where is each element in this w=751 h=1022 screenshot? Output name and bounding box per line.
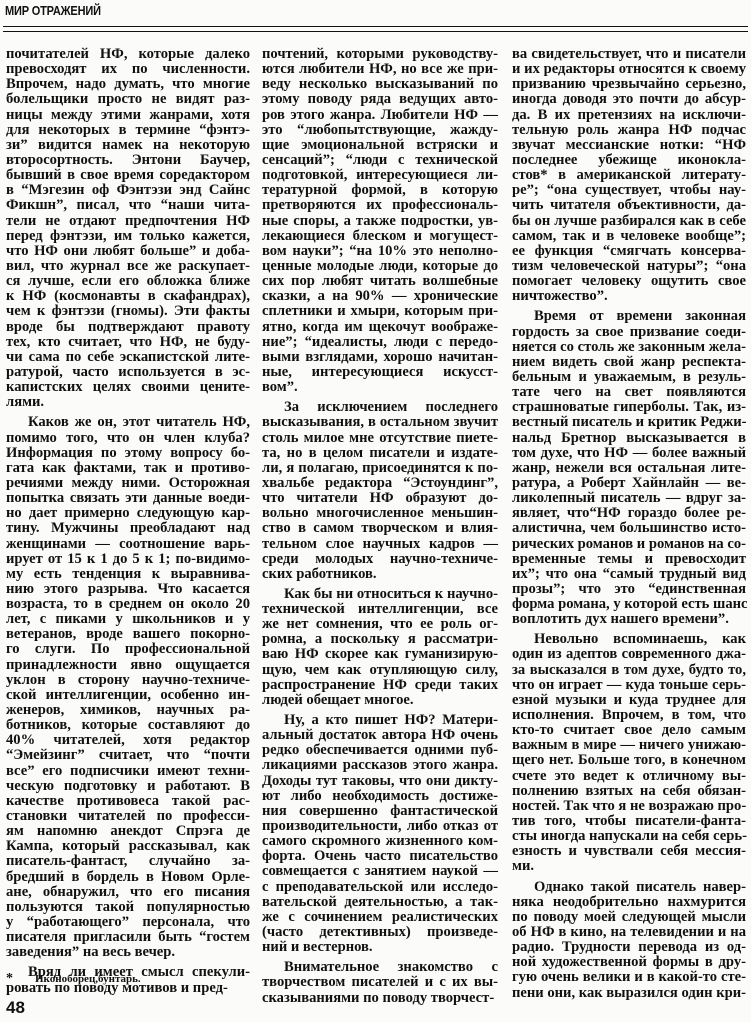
text-line: ют либо необходимость достиже- [262,789,498,804]
text-line: писателя пригласили быть “гостем [6,930,250,945]
text-line: полнению взятых на себя обязан- [512,784,746,799]
text-line: самого скромного жизненного ком- [262,834,498,849]
text-line: Информация по этому вопросу бо- [6,446,250,461]
text-line: ния совершенно фантастической [262,804,498,819]
text-line: гую очень велики и в какой-то сте- [512,970,746,985]
text-line: же с сочинением реалистических [262,910,498,925]
text-line: их”; что она “самый трудный вид [512,567,746,582]
text-line: лет, с пиками у школьников и у [6,612,250,627]
text-line: второсортность. Энтони Баучер, [6,153,250,168]
text-line: сты иногда напускали на себя серь- [512,829,746,844]
text-line: ветеранов, вроде вашего покорно- [6,627,250,642]
text-line: тели не отдают предпочтения НФ [6,214,250,229]
text-line: ских работников. [262,567,498,582]
text-line: нием видеть свой жанр респекта- [512,355,746,370]
text-line: тельную роль жанра НФ подчас [512,123,746,138]
text-line: у “работающего” персонала, что [6,915,250,930]
text-line: ные споры, а также подростки, ув- [262,214,498,229]
text-line: по поводу моей следующей мысли [512,910,746,925]
paragraph: За исключением последнеговысказывания, в… [262,400,498,582]
text-line: звучат мессианские нотки: “НФ [512,138,746,153]
footnote-asterisk: * [6,971,13,987]
text-line: Впрочем, надо думать, что многие [6,77,250,92]
text-line: сих пор любят читать волшебные [262,274,498,289]
text-line: ние”; “идеалисты, люди с передо- [262,335,498,350]
text-line: ство в самом творческом и влия- [262,521,498,536]
text-line: капистских целях своими цените- [6,380,250,395]
text-line: помимо того, что он член клуба? [6,431,250,446]
text-line: это “любопытствующие, жажду- [262,123,498,138]
text-line: ностей. Так что я не возражаю про- [512,799,746,814]
paragraph: Каков же он, этот читатель НФ,помимо тог… [6,415,250,960]
text-line: гордость за свое призвание соеди- [512,325,746,340]
text-line: форта. Очень часто писательство [262,849,498,864]
text-line: тате чего на свет появляются [512,385,746,400]
text-line: ваю НФ скорее как гуманизирую- [262,647,498,662]
text-line: столь милое мне отсутствие пиете- [262,431,498,446]
text-line: лями. [6,395,250,410]
text-line: бельным и уважаемым, в резуль- [512,370,746,385]
text-line: хвальбе редактора “Эстоундинг”, [262,476,498,491]
text-line: и их редакторы относятся к своему [512,62,746,77]
text-line: совмещается с занятием наукой — [262,864,498,879]
text-line: являет, что“НФ гораздо более ре- [512,506,746,521]
text-line: технической интеллигенции, все [262,602,498,617]
text-line: ценные молодые люди, которые до [262,259,498,274]
text-line: ирует от 15 к 1 до 5 к 1; по-видимо- [6,552,250,567]
paragraph: Время от времени законнаягордость за сво… [512,309,746,627]
text-line: ные, интересующиеся искусст- [262,365,498,380]
text-line: ской интеллигенции, особенно ин- [6,688,250,703]
text-line: в “Мэгезин оф Фэнтэзи энд Сайнс [6,183,250,198]
text-line: альный достаток автора НФ очень [262,728,498,743]
paragraph: почтений, которыми руководству-ются люби… [262,47,498,395]
text-line: важным в мире — ничего унижаю- [512,738,746,753]
text-line: ной художественной формы в дру- [512,955,746,970]
text-line: вольно многочисленное меньшин- [262,506,498,521]
text-line: редко обеспечивается одними пуб- [262,743,498,758]
footnote: * Иконоборец,бунтарь. [6,971,141,987]
text-line: последнее убежище иконокла- [512,153,746,168]
text-line: ся лучше, если его обложка ближе [6,274,250,289]
text-line: заведения” на весь вечер. [6,945,250,960]
text-line: веду несколько высказываний по [262,77,498,92]
text-line: Каков же он, этот читатель НФ, [6,415,250,430]
text-line: вательской деятельностью, а так- [262,895,498,910]
text-line: нию этого разрыва. Что касается [6,582,250,597]
text-line: распространение НФ среди таких [262,678,498,693]
text-line: вил, что журнал все же раскупает- [6,259,250,274]
text-line: Невольно вспоминаешь, как [512,632,746,647]
text-line: чи сама по себе эскапистской лите- [6,350,250,365]
text-line: кто-то считает свое дело самым [512,723,746,738]
section-title: МИР ОТРАЖЕНИЙ [5,4,101,18]
text-line: за высказался в том духе, будто то, [512,663,746,678]
text-line: прозы”; что это “единственная [512,582,746,597]
text-line: для некоторых в термине “фэнтэ- [6,123,250,138]
page-number: 48 [6,998,25,1018]
text-line: стов* в американской литерату- [512,168,746,183]
paragraph: Невольно вспоминаешь, какодин из адептов… [512,632,746,874]
text-line: 40% читателей, хотя редактор [6,733,250,748]
text-line: ницы между этими жанрами, хотя [6,108,250,123]
text-line: качестве противовеса такой рас- [6,794,250,809]
text-line: щую, чем как отупляющую силу, [262,663,498,678]
text-line: женщинами — соотношение варь- [6,537,250,552]
text-line: страшноватые гиперболы. Так, из- [512,400,746,415]
text-line: выми взглядами, хорошо начитан- [262,350,498,365]
text-line: рических романов и романов на со- [512,537,746,552]
text-line: зи” видится намек на некоторую [6,138,250,153]
header-rule-top [3,26,748,27]
text-line: тературной формой, в которую [262,183,498,198]
text-line: сплетники и хмыри, которым при- [262,304,498,319]
text-line: один из адептов современного джа- [512,647,746,662]
text-line: перед фэнтэзи, им только кажется, [6,229,250,244]
text-column-3: ва свидетельствует, что и писателии их р… [512,47,746,1001]
text-line: почитателей НФ, которые далеко [6,47,250,62]
text-line: езной музыки и куда труднее для [512,693,746,708]
text-line: Кампа, который рассказывал, как [6,839,250,854]
text-line: ликолепный писатель — вдруг за- [512,491,746,506]
text-line: временные темы и превосходит [512,552,746,567]
text-line: вом науки”; “на 10% это неполно- [262,244,498,259]
text-line: алистична, чем большинство исто- [512,521,746,536]
text-line: няется со столь же законным жела- [512,340,746,355]
text-line: ям напомню анекдот Спрэга де [6,824,250,839]
text-line: Фикшн”, писал, что “наши чита- [6,198,250,213]
text-line: ратура, а Роберт Хайнлайн — ве- [512,476,746,491]
text-line: Как бы ни относиться к научно- [262,587,498,602]
text-line: радио. Трудности перевода из од- [512,940,746,955]
text-line: ботников, которые составляют до [6,718,250,733]
text-line: ятно, когда им щекочут воображе- [262,320,498,335]
text-line: болельщики просто не видят раз- [6,92,250,107]
text-line: няка неодобрительно нахмурится [512,895,746,910]
text-line: вестный писатель и критик Реджи- [512,415,746,430]
text-line: исполнения. Впрочем, в том, что [512,708,746,723]
text-line: нальд Бретнор высказывается в [512,431,746,446]
text-line: бы он лучше разбирался как в себе [512,214,746,229]
text-line: та, но в целом писатели и издате- [262,446,498,461]
paragraph: Однако такой писатель навер-няка неодобр… [512,880,746,1001]
text-line: писатель-фантаст, случайно за- [6,854,250,869]
text-line: сказываниями по поводу творчест- [262,991,498,1006]
text-line: Ну, а кто пишет НФ? Матери- [262,713,498,728]
text-line: тизм человеческой натуры”; “она [512,259,746,274]
text-line: щие эмоциональной встряски и [262,138,498,153]
text-line: го слуги. По профессиональной [6,642,250,657]
text-line: му есть тенденция к выравнива- [6,567,250,582]
text-line: ческую подготовку и работают. В [6,779,250,794]
text-line: тельном слое научных кадров — [262,537,498,552]
text-line: возраста, то в среднем он около 20 [6,597,250,612]
text-line: ров этого жанра. Любители НФ — [262,108,498,123]
text-line: бредший в бордель в Новом Орле- [6,870,250,885]
text-line: превосходят их по численности. [6,62,250,77]
text-line: ли, я полагаю, присоединятся к по- [262,461,498,476]
text-line: сказки, а на 90% — хронические [262,289,498,304]
text-line: становки читателей по професси- [6,809,250,824]
text-line: счете это ведет к отличному вы- [512,769,746,784]
text-line: воплотить дух нашего времени”. [512,612,746,627]
text-line: речиями между ними. Осторожная [6,476,250,491]
text-line: что читатели НФ образуют до- [262,491,498,506]
text-line: пользуются такой популярностью [6,900,250,915]
text-line: бывший в свое время соредактором [6,168,250,183]
text-line: претворяются их профессиональ- [262,198,498,213]
text-line: с преподавательской или исследо- [262,880,498,895]
text-line: иногда доводя это почти до абсур- [512,92,746,107]
text-column-2: почтений, которыми руководству-ются люби… [262,47,498,1006]
paragraph: Как бы ни относиться к научно-техническо… [262,587,498,708]
text-line: ликациями рассказов этого жанра. [262,758,498,773]
text-line: чить читателя объективности, да- [512,198,746,213]
text-line: уклон в сторону научно-техниче- [6,673,250,688]
text-line: принадлежности явно ощущается [6,658,250,673]
text-line: да. В их претензиях на исключи- [512,108,746,123]
text-line: самом, так и в человеке вообще”; [512,229,746,244]
text-line: среди молодых научно-техниче- [262,552,498,567]
text-line: Внимательное знакомство с [262,960,498,975]
text-line: ничтожество”. [512,289,746,304]
text-line: ва свидетельствует, что и писатели [512,47,746,62]
text-line: помогает человеку ощутить свое [512,274,746,289]
text-line: тину. Мужчины преобладают над [6,521,250,536]
text-line: Однако такой писатель навер- [512,880,746,895]
text-line: к НФ (космонавты в скафандрах), [6,289,250,304]
text-line: что НФ они любят больше” и доба- [6,244,250,259]
text-line: ратурой, часто используется в эс- [6,365,250,380]
text-line: (часто детективных) произведе- [262,925,498,940]
text-line: гата как фактами, так и противо- [6,461,250,476]
text-line: высказывания, в остальном звучит [262,415,498,430]
text-line: подготовкой, интересующиеся ли- [262,168,498,183]
text-line: вом”. [262,380,498,395]
text-line: людей обещает многое. [262,693,498,708]
text-line: езность и чувствали себя мессия- [512,844,746,859]
text-line: ее функция “смягчать консерва- [512,244,746,259]
text-line: тех, кто считает, что НФ, не буду- [6,335,250,350]
text-line: ре”; “она существует, чтобы нау- [512,183,746,198]
text-line: чем к фэнтэзи (гномы). Эти факты [6,304,250,319]
text-line: призванию чрезвычайно серьезно, [512,77,746,92]
text-line: но дает примерно следующую кар- [6,506,250,521]
text-line: женеров, химиков, научных ра- [6,703,250,718]
text-line: Доходы тут таковы, что они дикту- [262,774,498,789]
text-line: ромна, а поскольку я рассматри- [262,632,498,647]
text-line: жанр, нежели вся остальная лите- [512,461,746,476]
text-line: творчеством писателей и с их вы- [262,975,498,990]
text-line: лекающиеся блеском и могущест- [262,229,498,244]
text-line: сенсаций”; “люди с технической [262,153,498,168]
text-line: этому поводу ряда ведущих авто- [262,92,498,107]
text-column-1: почитателей НФ, которые далекопревосходя… [6,47,250,996]
text-line: За исключением последнего [262,400,498,415]
text-line: пени они, как выразился один кри- [512,986,746,1001]
text-line: том духе, что НФ — более важный [512,446,746,461]
text-line: попытка связать эти данные воеди- [6,491,250,506]
text-line: ются любители НФ, но все же при- [262,62,498,77]
paragraph: ва свидетельствует, что и писателии их р… [512,47,746,304]
text-line: же нет сомнения, что ее роль ог- [262,617,498,632]
text-line: что он играет — куда тоньше серь- [512,678,746,693]
text-line: вроде бы подтверждают правоту [6,320,250,335]
text-line: об НФ в кино, на телевидении и на [512,925,746,940]
text-line: почтений, которыми руководству- [262,47,498,62]
text-line: ний и вестернов. [262,940,498,955]
text-line: “Эмейзинг” считает, что “почти [6,748,250,763]
text-line: производительности, либо отказ от [262,819,498,834]
text-line: все” его подписчики имеют техни- [6,764,250,779]
paragraph: Ну, а кто пишет НФ? Матери-альный достат… [262,713,498,955]
text-line: ми. [512,859,746,874]
header-rule-bottom [3,31,748,32]
text-line: тив того, чтобы писатели-фанта- [512,814,746,829]
text-line: форма романа, у которой есть шанс [512,597,746,612]
text-line: Время от времени законная [512,309,746,324]
paragraph: почитателей НФ, которые далекопревосходя… [6,47,250,410]
footnote-text: Иконоборец,бунтарь. [35,973,141,985]
paragraph: Внимательное знакомство створчеством пис… [262,960,498,1005]
text-line: щего нет. Больше того, в конечном [512,753,746,768]
text-line: ане, обнаружил, что его писания [6,885,250,900]
